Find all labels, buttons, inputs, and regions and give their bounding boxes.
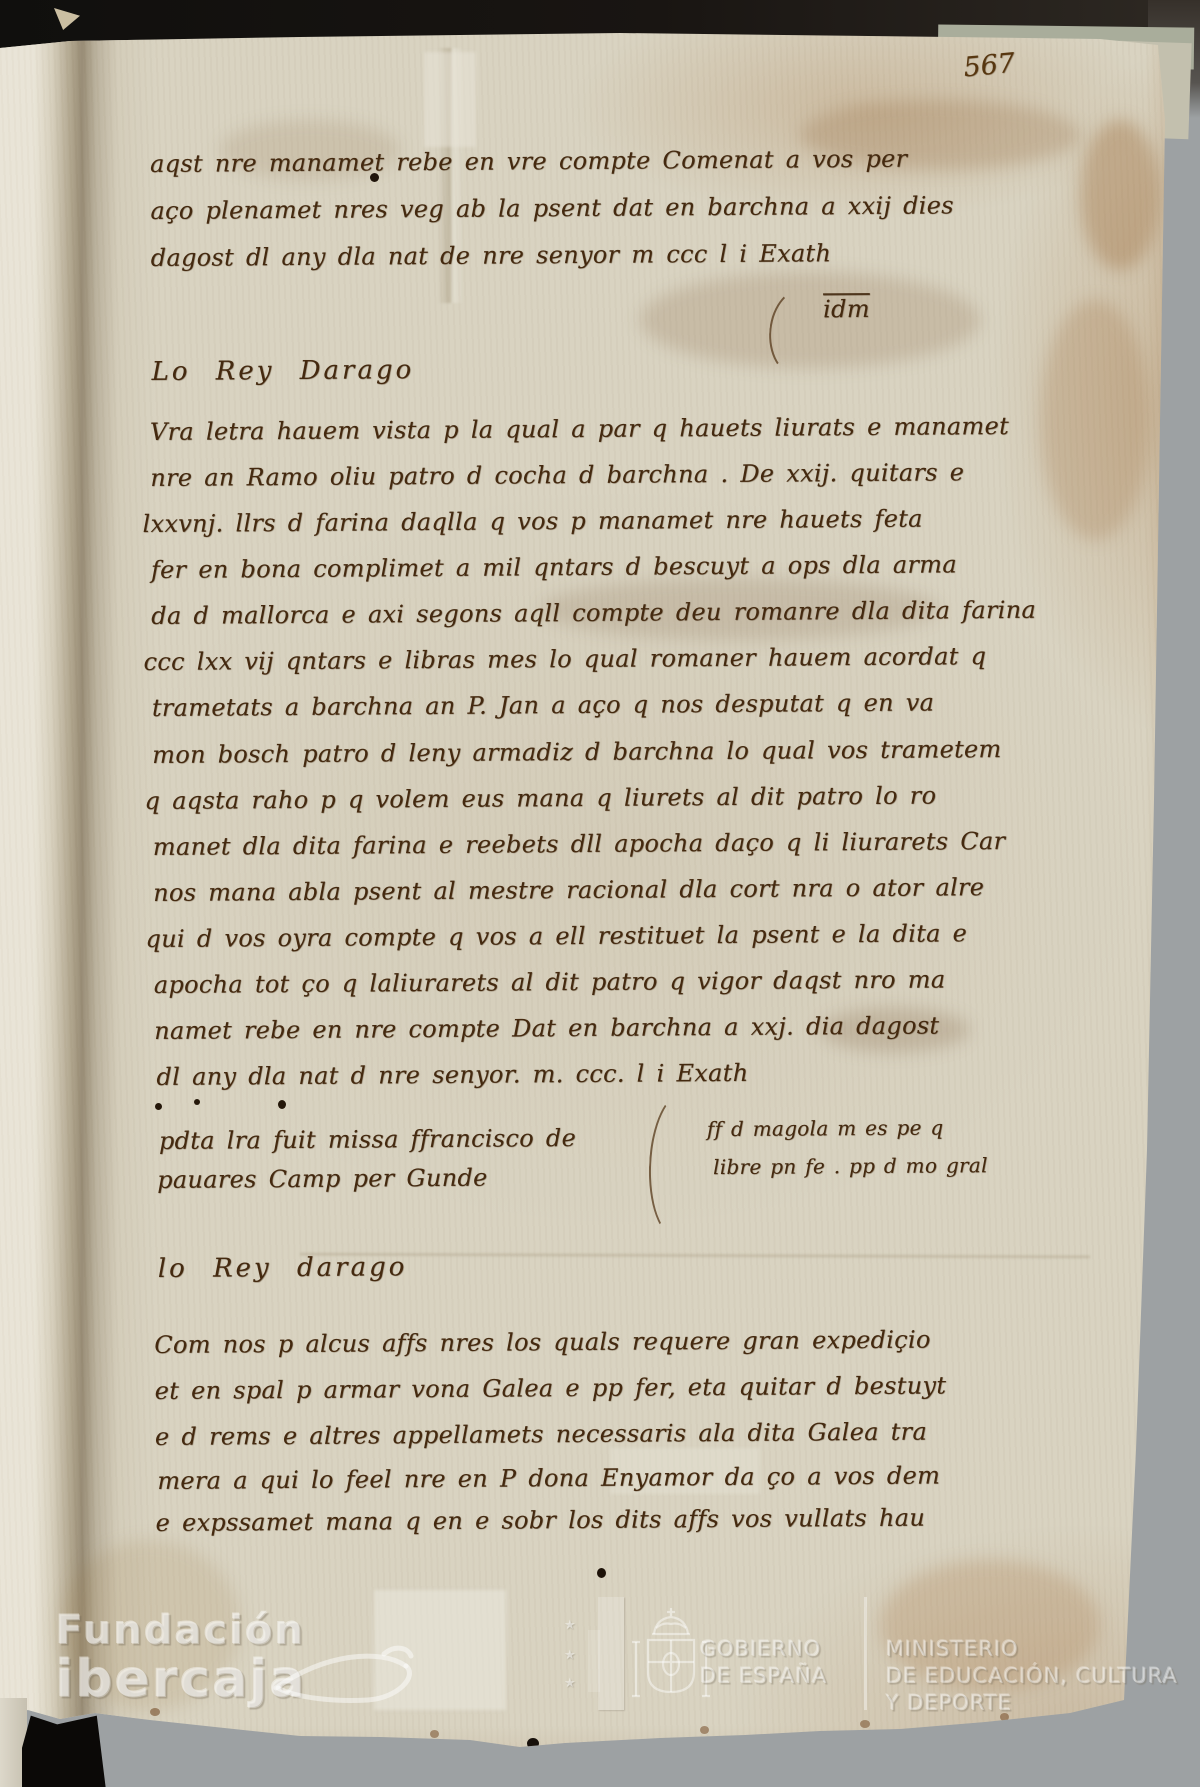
registration-note-line: libre pn fe . pp d mo gral: [713, 1150, 988, 1182]
manuscript-photo: 567 aqst nre manamet rebe en vre compte …: [0, 0, 1200, 1787]
ministerio-line2: DE EDUCACIÓN, CULTURA: [886, 1663, 1178, 1690]
star-icon: ★: [564, 1648, 576, 1663]
manuscript-line: nos mana abla psent al mestre racional d…: [153, 872, 984, 908]
manuscript-line: manet dla dita farina e reebets dll apoc…: [153, 826, 1006, 862]
manuscript-line: Vra letra hauem vista p la qual a par q …: [150, 411, 1009, 447]
section-heading-lo-rey-darago: lo Rey darago: [158, 1252, 408, 1284]
manuscript-line: q aqsta raho p q volem eus mana q liuret…: [144, 781, 936, 817]
flag-bar: [598, 1597, 624, 1710]
manuscript-line: mon bosch patro d leny armadiz d barchna…: [152, 734, 1002, 770]
flag-bar-notch: [588, 1630, 600, 1692]
handwriting-layer: 567 aqst nre manamet rebe en vre compte …: [0, 0, 1200, 1787]
responsum-mark: idm: [823, 294, 870, 324]
star-icon: ★: [564, 1618, 576, 1633]
manuscript-line: fer en bona complimet a mil qntars d bes…: [151, 549, 957, 585]
manuscript-line: e d rems e altres appellamets necessaris…: [155, 1417, 927, 1452]
manuscript-line: dagost dl any dla nat de nre senyor m cc…: [151, 238, 832, 273]
manuscript-line: trametats a barchna an P. Jan a aço q no…: [152, 688, 935, 723]
gobierno-line1: GOBIERNO: [700, 1636, 827, 1663]
manuscript-line: et en spal p armar vona Galea e pp fer, …: [155, 1370, 947, 1406]
manuscript-line: nre an Ramo oliu patro d cocha d barchna…: [150, 457, 964, 493]
manuscript-line: aqst nre manamet rebe en vre compte Come…: [150, 144, 907, 179]
manuscript-line: qui d vos oyra compte q vos a ell restit…: [145, 918, 967, 954]
manuscript-line: Com nos p alcus affs nres los quals requ…: [154, 1325, 931, 1360]
star-icon: ★: [564, 1676, 576, 1691]
manuscript-line: lxxvnj. llrs d farina daqlla q vos p man…: [143, 504, 923, 539]
ministerio-watermark-text: MINISTERIO DE EDUCACIÓN, CULTURA Y DEPOR…: [886, 1636, 1178, 1717]
section-heading-lo-rey-darago: Lo Rey Darago: [151, 355, 414, 387]
manuscript-line: ccc lxx vij qntars e libras mes lo qual …: [143, 641, 986, 677]
gobierno-watermark-text: GOBIERNO DE ESPAÑA: [700, 1636, 827, 1690]
manuscript-line: namet rebe en nre compte Dat en barchna …: [154, 1011, 939, 1046]
manuscript-line: aço plenamet nres veg ab la psent dat en…: [150, 190, 954, 226]
flourish-bracket: [646, 1091, 715, 1240]
manuscript-line: da d mallorca e axi segons aqll compte d…: [151, 595, 1036, 631]
closing-note-line: pauares Camp per Gunde: [157, 1163, 488, 1195]
closing-note-line: pdta lra fuit missa ffrancisco de: [159, 1123, 576, 1156]
manuscript-line: e expssamet mana q en e sobr los dits af…: [155, 1503, 925, 1538]
ibercaja-logo-icon: [268, 1636, 418, 1716]
manuscript-line: dl any dla nat d nre senyor. m. ccc. l i…: [156, 1058, 748, 1092]
ministerio-line1: MINISTERIO: [886, 1636, 1178, 1663]
manuscript-line: apocha tot ço q laliurarets al dit patro…: [154, 964, 946, 1000]
ministerio-line3: Y DEPORTE: [886, 1690, 1178, 1717]
gobierno-line2: DE ESPAÑA: [700, 1663, 827, 1690]
folio-number: 567: [962, 48, 1016, 84]
registration-note-line: ff d magola m es pe q: [707, 1112, 944, 1144]
watermark-divider: [864, 1597, 867, 1710]
manuscript-line: mera a qui lo feel nre en P dona Enyamor…: [157, 1461, 940, 1496]
